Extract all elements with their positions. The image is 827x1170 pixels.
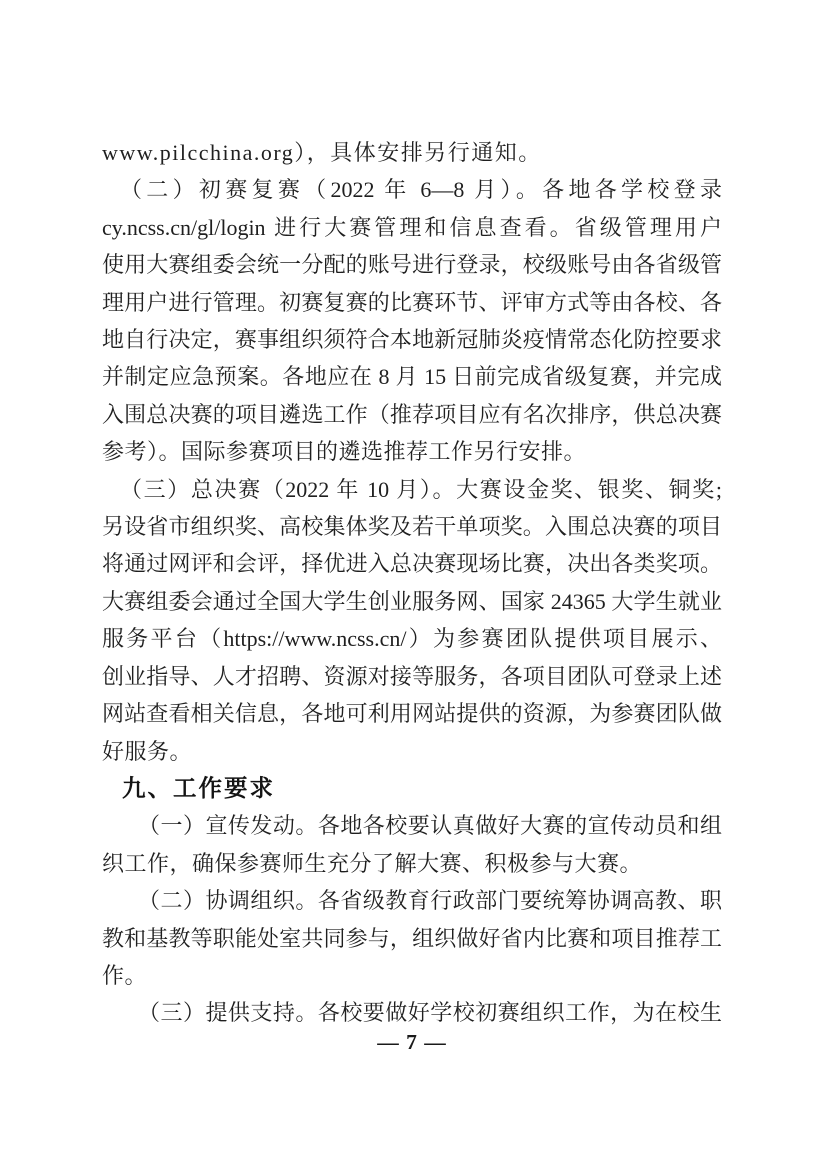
text-line: 大赛组委会通过全国大学生创业服务网、国家 24365 大学生就业	[102, 583, 722, 620]
text-line: （一）宣传发动。各地各校要认真做好大赛的宣传动员和组	[102, 807, 722, 844]
text-line: 好服务。	[102, 733, 722, 770]
text-line: 参考）。国际参赛项目的遴选推荐工作另行安排。	[102, 433, 722, 470]
text-line: 地自行决定，赛事组织须符合本地新冠肺炎疫情常态化防控要求	[102, 321, 722, 358]
text-line: 服务平台（https://www.ncss.cn/）为参赛团队提供项目展示、	[102, 620, 722, 657]
text-line: www.pilcchina.org），具体安排另行通知。	[102, 134, 722, 171]
text-line: 作。	[102, 957, 722, 994]
text-line: 并制定应急预案。各地应在 8 月 15 日前完成省级复赛，并完成	[102, 358, 722, 395]
text-line: 将通过网评和会评，择优进入总决赛现场比赛，决出各类奖项。	[102, 545, 722, 582]
document-body: www.pilcchina.org），具体安排另行通知。 （二）初赛复赛（202…	[102, 134, 722, 1032]
text-line: 理用户进行管理。初赛复赛的比赛环节、评审方式等由各校、各	[102, 284, 722, 321]
text-line: （三）总决赛（2022 年 10 月）。大赛设金奖、银奖、铜奖;	[102, 471, 722, 508]
text-line: 另设省市组织奖、高校集体奖及若干单项奖。入围总决赛的项目	[102, 508, 722, 545]
text-line: 使用大赛组委会统一分配的账号进行登录，校级账号由各省级管	[102, 246, 722, 283]
text-line: cy.ncss.cn/gl/login 进行大赛管理和信息查看。省级管理用户	[102, 209, 722, 246]
text-line: （三）提供支持。各校要做好学校初赛组织工作，为在校生	[102, 994, 722, 1031]
text-line: （二）初赛复赛（2022 年 6—8 月）。各地各学校登录	[102, 171, 722, 208]
text-line: 教和基教等职能处室共同参与，组织做好省内比赛和项目推荐工	[102, 920, 722, 957]
document-page: www.pilcchina.org），具体安排另行通知。 （二）初赛复赛（202…	[0, 0, 827, 1170]
text-line: 创业指导、人才招聘、资源对接等服务，各项目团队可登录上述	[102, 658, 722, 695]
text-line: 织工作，确保参赛师生充分了解大赛、积极参与大赛。	[102, 845, 722, 882]
page-number: — 7 —	[102, 1030, 722, 1055]
section-heading: 九、工作要求	[102, 770, 722, 807]
text-line: （二）协调组织。各省级教育行政部门要统筹协调高教、职	[102, 882, 722, 919]
text-line: 入围总决赛的项目遴选工作（推荐项目应有名次排序，供总决赛	[102, 396, 722, 433]
text-line: 网站查看相关信息，各地可利用网站提供的资源，为参赛团队做	[102, 695, 722, 732]
